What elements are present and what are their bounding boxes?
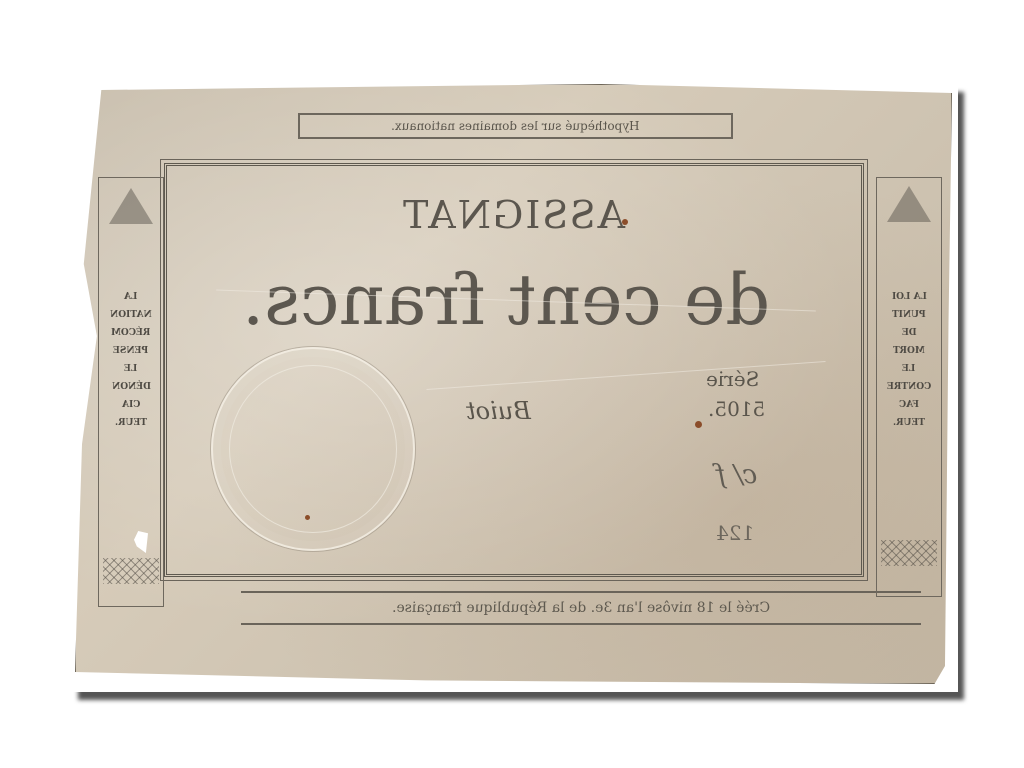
handwritten-mark: c/ f [716, 460, 757, 490]
ink-stain [695, 421, 702, 428]
lattice-ornament-icon [103, 558, 159, 584]
right-ornament-column: LA LOI PUNIT DE MORT LE CONTRE FAC TEUR. [876, 177, 942, 597]
title: ASSIGNAT [76, 193, 951, 237]
left-ornament-column: LA NATION RÉCOM PENSE LE DÉNON CIA TEUR. [98, 177, 164, 607]
pyramid-emblem-icon [887, 186, 957, 256]
top-banner-text: Hypothèqué sur les domaines nationaux. [391, 119, 640, 133]
left-column-text: LA NATION RÉCOM PENSE LE DÉNON CIA TEUR. [99, 288, 163, 432]
ink-stain [622, 219, 628, 225]
serial-number: 124 [716, 521, 754, 545]
top-banner: Hypothèqué sur les domaines nationaux. [298, 113, 733, 139]
signature: Buiot [466, 397, 531, 425]
triangle-emblem-icon [109, 188, 179, 258]
right-column-text: LA LOI PUNIT DE MORT LE CONTRE FAC TEUR. [877, 288, 941, 432]
series-label: Série [706, 367, 759, 391]
assignat-banknote: Hypothèqué sur les domaines nationaux. A… [75, 84, 952, 684]
seal-inner-ring [229, 365, 397, 533]
embossed-seal [211, 347, 415, 551]
series-number: 5105. [708, 397, 765, 421]
lattice-ornament-icon [881, 540, 937, 566]
bottom-banner: Créé le 18 nivôse l'an 3e. de la Républi… [241, 591, 921, 625]
ink-stain [305, 515, 310, 520]
